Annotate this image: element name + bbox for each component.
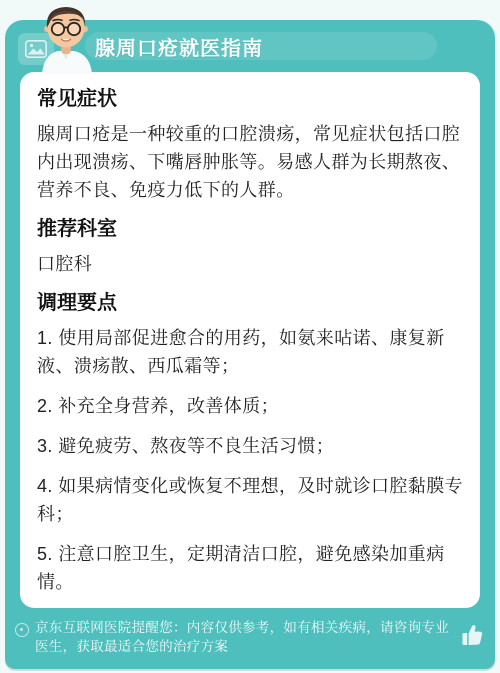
section-heading-department: 推荐科室 xyxy=(37,216,463,242)
disclaimer-text: 京东互联网医院提醒您：内容仅供参考，如有相关疾病，请咨询专业医生，获取最适合您的… xyxy=(35,618,453,656)
doctor-avatar xyxy=(34,2,98,74)
info-icon xyxy=(15,623,29,637)
content-card: 常见症状 腺周口疮是一种较重的口腔溃疡，常见症状包括口腔内出现溃疡、下嘴唇肿胀等… xyxy=(20,72,480,608)
symptoms-paragraph: 腺周口疮是一种较重的口腔溃疡，常见症状包括口腔内出现溃疡、下嘴唇肿胀等。易感人群… xyxy=(37,120,463,204)
care-tip-item: 3. 避免疲劳、熬夜等不良生活习惯； xyxy=(37,432,463,460)
care-tip-item: 2. 补充全身营养，改善体质； xyxy=(37,392,463,420)
page-title: 腺周口疮就医指南 xyxy=(95,32,263,61)
page-frame: 腺周口疮就医指南 常见症状 腺周口疮是一种较重的口腔溃疡，常见症状包括口腔内出现… xyxy=(0,0,500,673)
care-tip-item: 1. 使用局部促进愈合的用药，如氨来呫诺、康复新液、溃疡散、西瓜霜等； xyxy=(37,324,463,380)
section-heading-care-tips: 调理要点 xyxy=(37,290,463,316)
disclaimer-footer: 京东互联网医院提醒您：内容仅供参考，如有相关疾病，请咨询专业医生，获取最适合您的… xyxy=(11,611,487,663)
guide-card: 腺周口疮就医指南 常见症状 腺周口疮是一种较重的口腔溃疡，常见症状包括口腔内出现… xyxy=(5,20,495,669)
department-paragraph: 口腔科 xyxy=(37,250,463,278)
section-heading-symptoms: 常见症状 xyxy=(37,86,463,112)
care-tip-item: 5. 注意口腔卫生，定期清洁口腔，避免感染加重病情。 xyxy=(37,540,463,596)
thumbs-up-icon[interactable] xyxy=(455,619,487,651)
care-tip-item: 4. 如果病情变化或恢复不理想，及时就诊口腔黏膜专科； xyxy=(37,472,463,528)
